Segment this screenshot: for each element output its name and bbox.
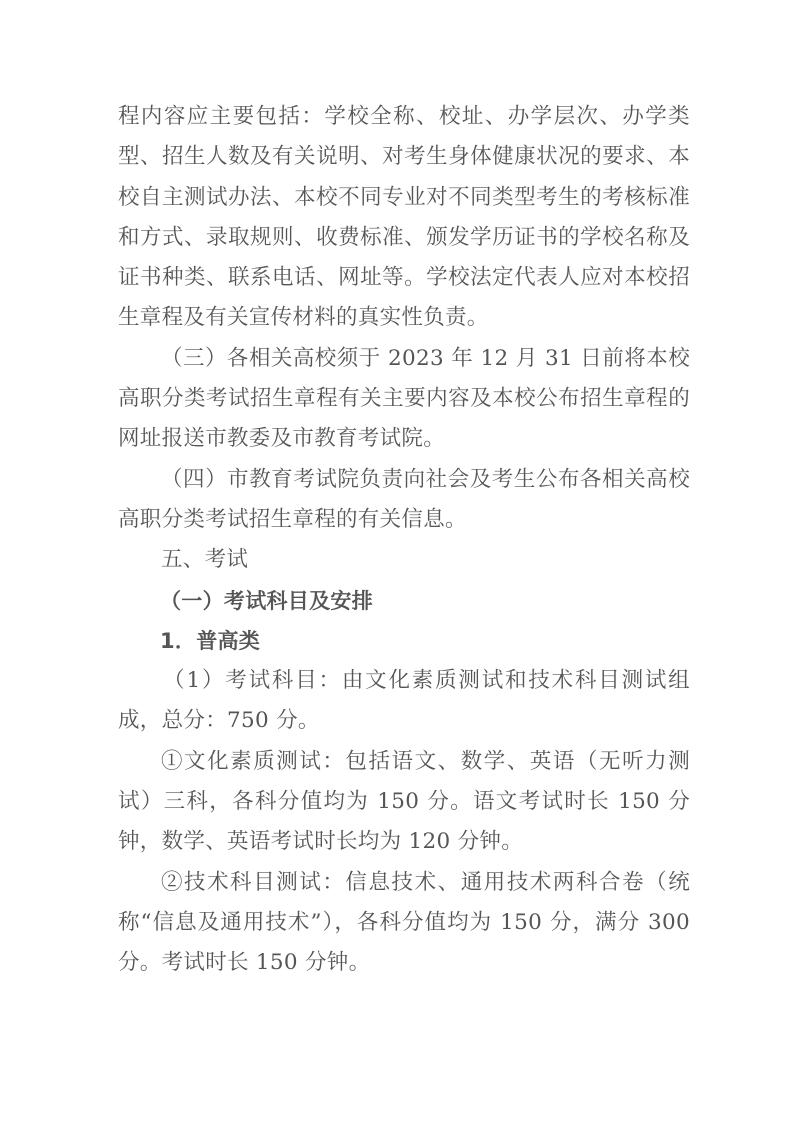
subsection-heading-general-high-school: 1．普高类 [118, 621, 690, 661]
paragraph-technical-subject-test: ②技术科目测试：信息技术、通用技术两科合卷（统称“信息及通用技术”），各科分值均… [118, 863, 690, 984]
section-heading-exam: 五、考试 [118, 540, 690, 580]
paragraph-item-4-publication: （四）市教育考试院负责向社会及考生公布各相关高校高职分类考试招生章程的有关信息。 [118, 460, 690, 541]
document-page: 程内容应主要包括：学校全称、校址、办学层次、办学类型、招生人数及有关说明、对考生… [118, 97, 690, 984]
paragraph-item-3-submission-deadline: （三）各相关高校须于 2023 年 12 月 31 日前将本校高职分类考试招生章… [118, 339, 690, 460]
subsection-heading-exam-subjects: （一）考试科目及安排 [118, 581, 690, 621]
paragraph-cultural-quality-test: ①文化素质测试：包括语文、数学、英语（无听力测试）三科，各科分值均为 150 分… [118, 742, 690, 863]
paragraph-exam-subjects-total-score: （1）考试科目：由文化素质测试和技术科目测试组成，总分：750 分。 [118, 661, 690, 742]
paragraph-admission-charter-content: 程内容应主要包括：学校全称、校址、办学层次、办学类型、招生人数及有关说明、对考生… [118, 97, 690, 339]
